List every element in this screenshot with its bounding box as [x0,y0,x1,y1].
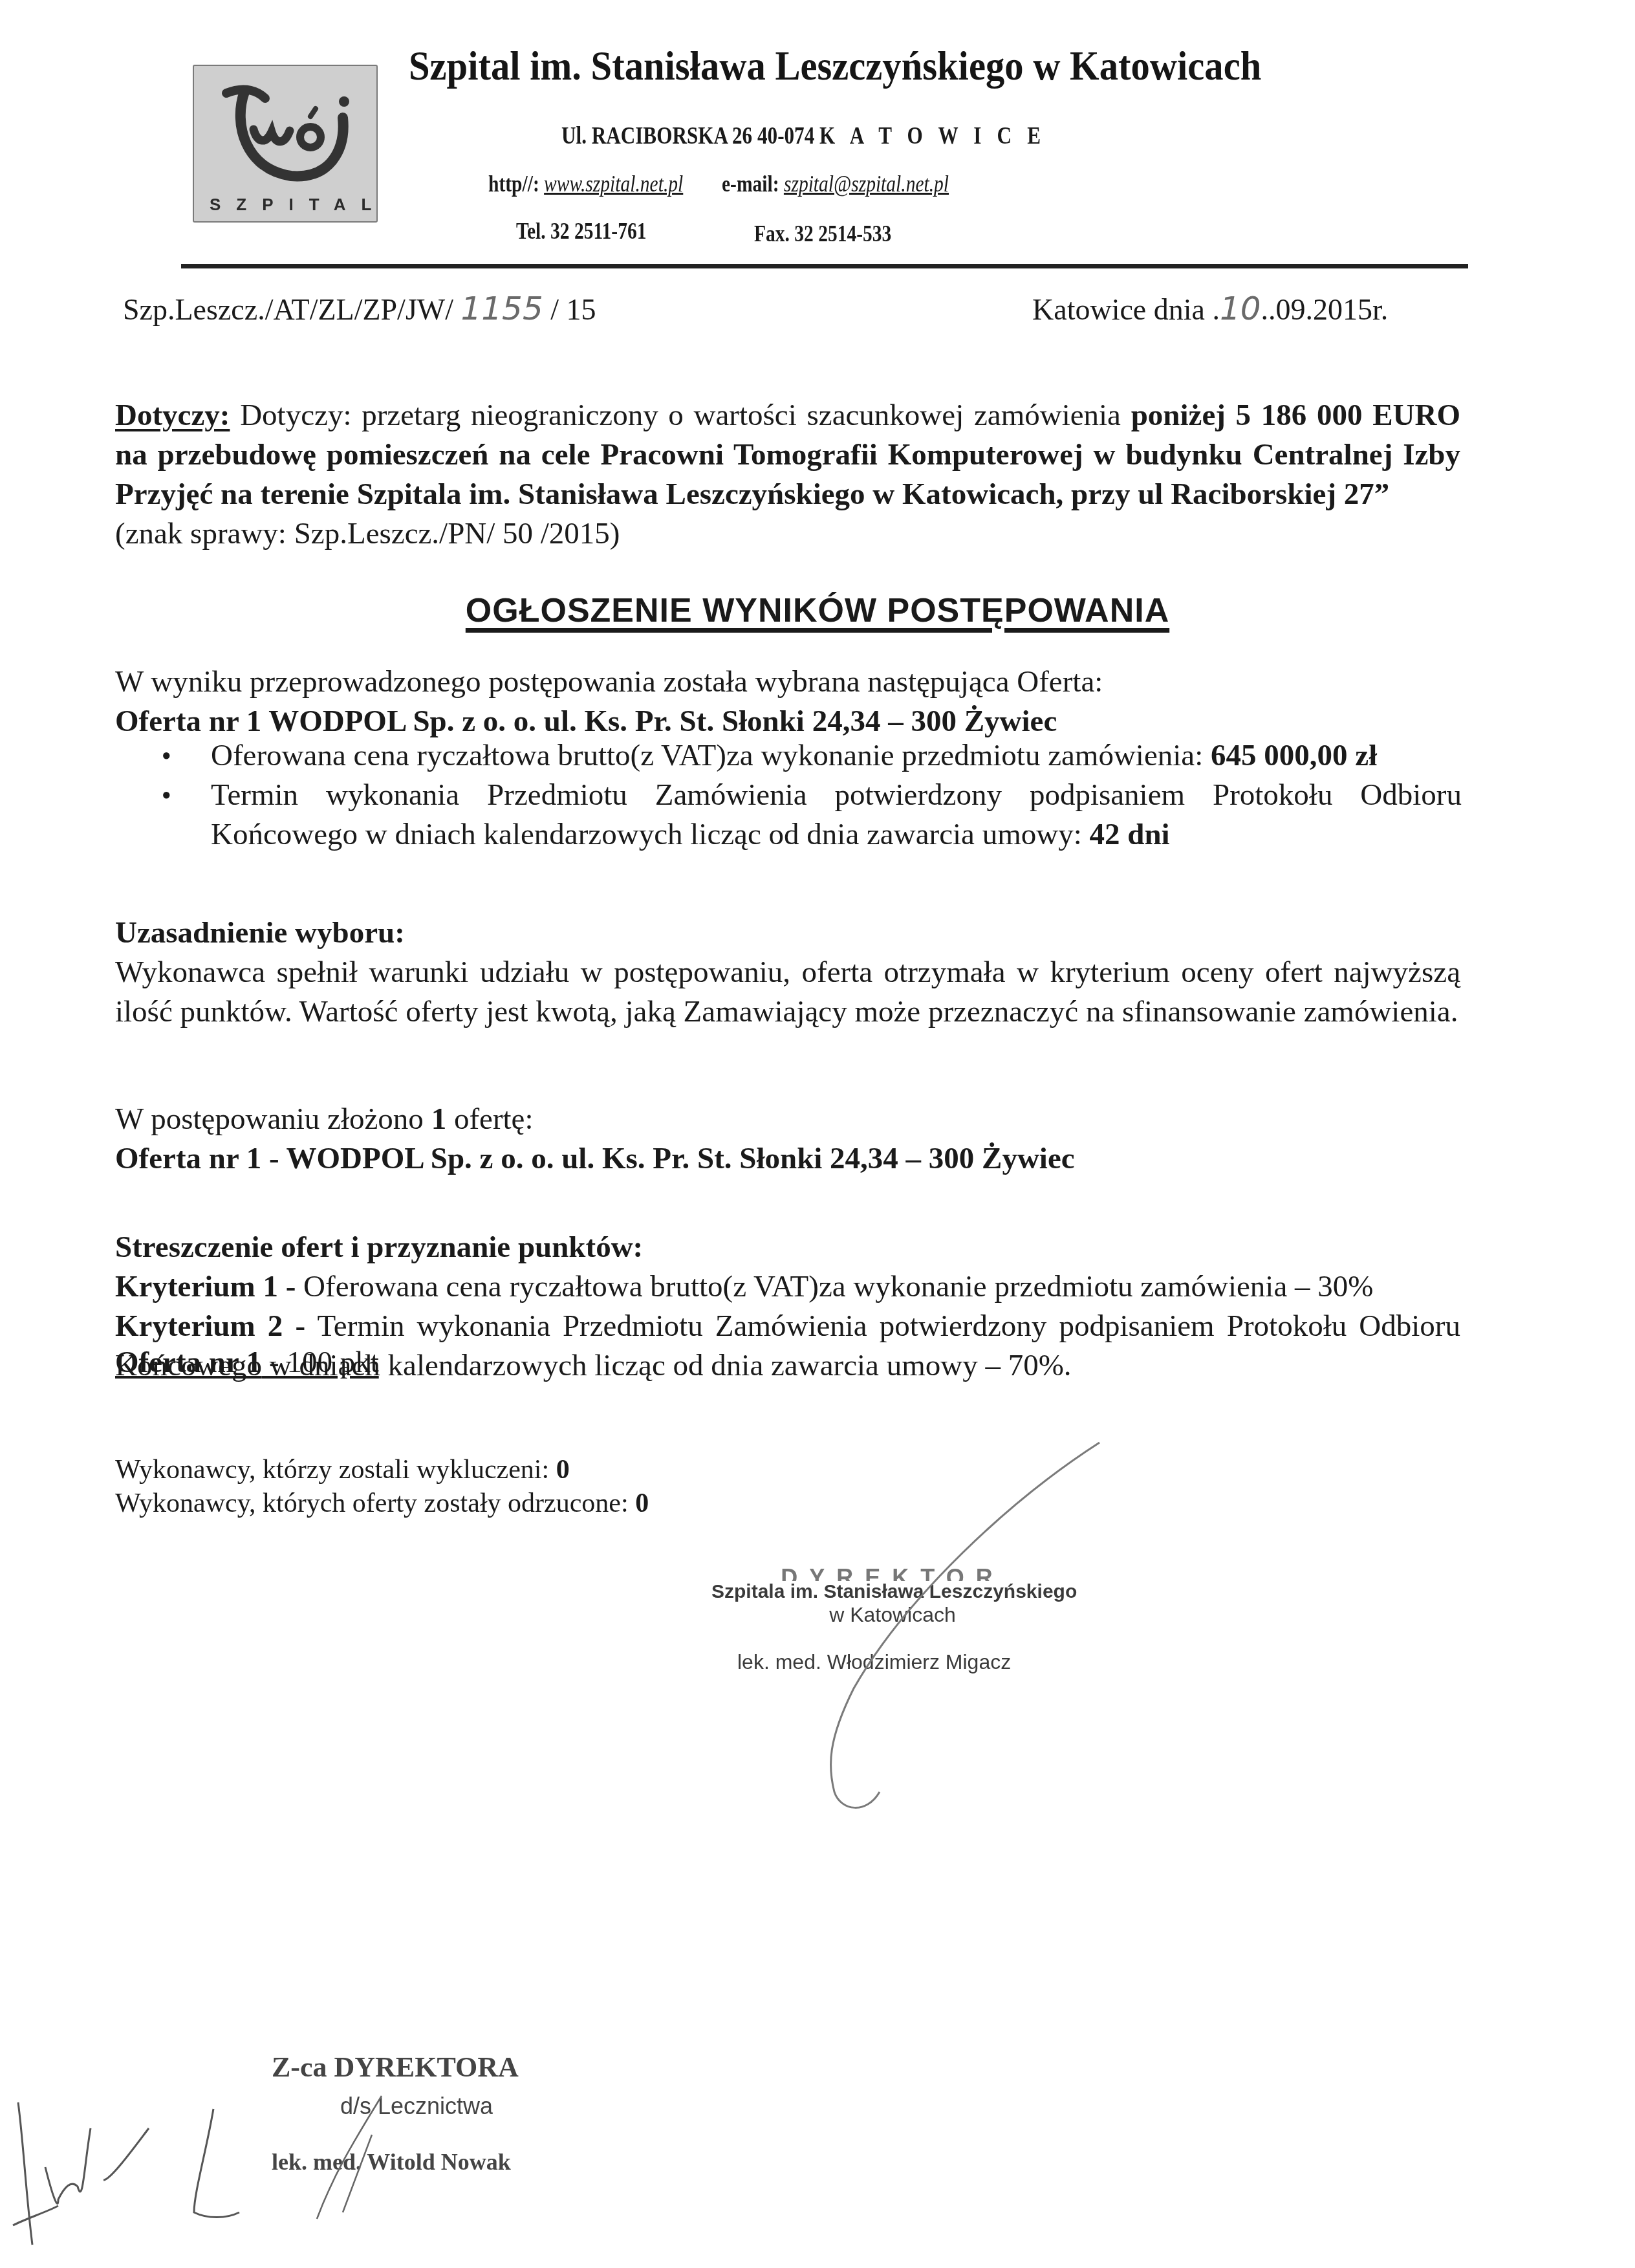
list-item-price: Oferowana cena ryczałtowa brutto(z VAT)z… [162,736,1462,776]
director-institution: Szpitala im. Stanisława Leszczyńskiego [711,1581,1074,1603]
reference-suffix: / 15 [543,293,596,326]
offers-count: 1 [431,1102,447,1136]
completion-days: 42 dni [1090,818,1170,851]
result-section: W wyniku przeprowadzonego postępowania z… [115,662,1460,741]
rejected-label: Wykonawcy, których oferty zostały odrzuc… [115,1488,635,1518]
handwritten-number: 1155 [461,290,543,327]
selected-offer: Oferta nr 1 WODPOL Sp. z o. o. ul. Ks. P… [115,702,1460,741]
result-bullets: Oferowana cena ryczałtowa brutto(z VAT)z… [162,736,1462,855]
handwritten-day: 10 [1220,290,1261,327]
excluded-line: Wykonawcy, którzy zostali wykluczeni: 0 [115,1453,1460,1487]
criterion-text: Oferowana cena ryczałtowa brutto(z VAT)z… [296,1270,1373,1303]
deputy-title: Z-ca DYREKTORA [272,2051,608,2084]
points-underlined: Oferta nr 1 - 100 pkt [115,1346,379,1379]
header-divider [181,264,1468,268]
rejected-count: 0 [635,1488,649,1518]
director-title: DYREKTOR [711,1564,1074,1581]
phone: Tel. 32 2511-761 [516,217,646,245]
website-link[interactable]: www.szpital.net.pl [544,171,683,197]
logo-caption: SZPITAL [194,195,376,215]
city: K A T O W I C E [819,122,1046,149]
fax: Fax. 32 2514-533 [754,220,891,247]
offer-price: 645 000,00 zł [1211,739,1377,772]
result-intro: W wyniku przeprowadzonego postępowania z… [115,662,1460,702]
deputy-department: d/s Lecznictwa [272,2093,608,2120]
submitted-offer: Oferta nr 1 - WODPOL Sp. z o. o. ul. Ks.… [115,1139,1460,1179]
bullet-text: Oferowana cena ryczałtowa brutto(z VAT)z… [211,739,1211,772]
reference-prefix: Szp.Leszcz./AT/ZL/ZP/JW/ [123,293,461,326]
justification-heading: Uzasadnienie wyboru: [115,913,1460,953]
list-item-deadline: Termin wykonania Przedmiotu Zamówienia p… [162,776,1462,855]
deputy-name: lek. med. Witold Nowak [272,2148,608,2175]
organization-name: Szpital im. Stanisława Leszczyńskiego w … [409,43,1261,90]
date-suffix: ..09.2015r. [1261,293,1389,326]
excluded-label: Wykonawcy, którzy zostali wykluczeni: [115,1455,556,1485]
subject-text: Dotyczy: przetarg nieograniczony o warto… [230,398,1131,432]
document-date: Katowice dnia .10..09.2015r. [1032,290,1388,327]
document-reference: Szp.Leszcz./AT/ZL/ZP/JW/ 1155 / 15 [123,290,596,327]
director-city: w Katowicach [711,1603,1074,1627]
website: http//: www.szpital.net.pl [488,170,683,197]
date-prefix: Katowice dnia . [1032,293,1220,326]
email: e-mail: szpital@szpital.net.pl [722,170,949,197]
page-title-text: OGŁOSZENIE WYNIKÓW POSTĘPOWANIA [466,592,1169,629]
exclusions-section: Wykonawcy, którzy zostali wykluczeni: 0 … [115,1453,1460,1520]
bullet-text: Termin wykonania Przedmiotu Zamówienia p… [211,778,1462,851]
website-label: http//: [488,171,539,197]
criterion-label: Kryterium 2 - [115,1309,305,1343]
director-stamp: DYREKTOR Szpitala im. Stanisława Leszczy… [711,1564,1074,1674]
subject-description: na przebudowę pomieszczeń na cele Pracow… [115,438,1460,511]
hospital-logo: SZPITAL [193,65,378,223]
address: Ul. RACIBORSKA 26 40-074 K A T O W I C E [561,122,1046,150]
email-link[interactable]: szpital@szpital.net.pl [784,171,949,197]
excluded-count: 0 [556,1455,570,1485]
points-line: Oferta nr 1 - 100 pkt [115,1343,1460,1382]
twoj-smile-logo-icon [207,72,366,189]
deputy-director-stamp: Z-ca DYREKTORA d/s Lecznictwa lek. med. … [272,2051,608,2175]
offers-intro-prefix: W postępowaniu złożono [115,1102,431,1136]
email-label: e-mail: [722,171,779,197]
subject-paragraph: Dotyczy: Dotyczy: przetarg nieograniczon… [115,396,1460,554]
points-score: - 100 pkt [261,1346,378,1379]
director-name: lek. med. Włodzimierz Migacz [711,1650,1074,1674]
justification-section: Uzasadnienie wyboru: Wykonawca spełnił w… [115,913,1460,1032]
rejected-line: Wykonawcy, których oferty zostały odrzuc… [115,1487,1460,1520]
criterion-label: Kryterium 1 - [115,1270,296,1303]
offers-count-line: W postępowaniu złożono 1 ofertę: [115,1100,1460,1139]
offers-submitted-section: W postępowaniu złożono 1 ofertę: Oferta … [115,1100,1460,1179]
criterion-1: Kryterium 1 - Oferowana cena ryczałtowa … [115,1267,1460,1307]
offers-intro-suffix: ofertę: [446,1102,533,1136]
street-address: Ul. RACIBORSKA 26 40-074 [561,122,814,149]
subject-label: Dotyczy: [115,398,230,432]
justification-text: Wykonawca spełnił warunki udziału w post… [115,953,1460,1032]
subject-threshold: poniżej 5 186 000 EURO [1131,398,1460,432]
case-reference: (znak sprawy: Szp.Leszcz./PN/ 50 /2015) [115,517,620,551]
summary-heading: Streszczenie ofert i przyznanie punktów: [115,1228,1460,1267]
points-offer: Oferta nr 1 [115,1346,261,1379]
page-title: OGŁOSZENIE WYNIKÓW POSTĘPOWANIA [0,591,1635,630]
